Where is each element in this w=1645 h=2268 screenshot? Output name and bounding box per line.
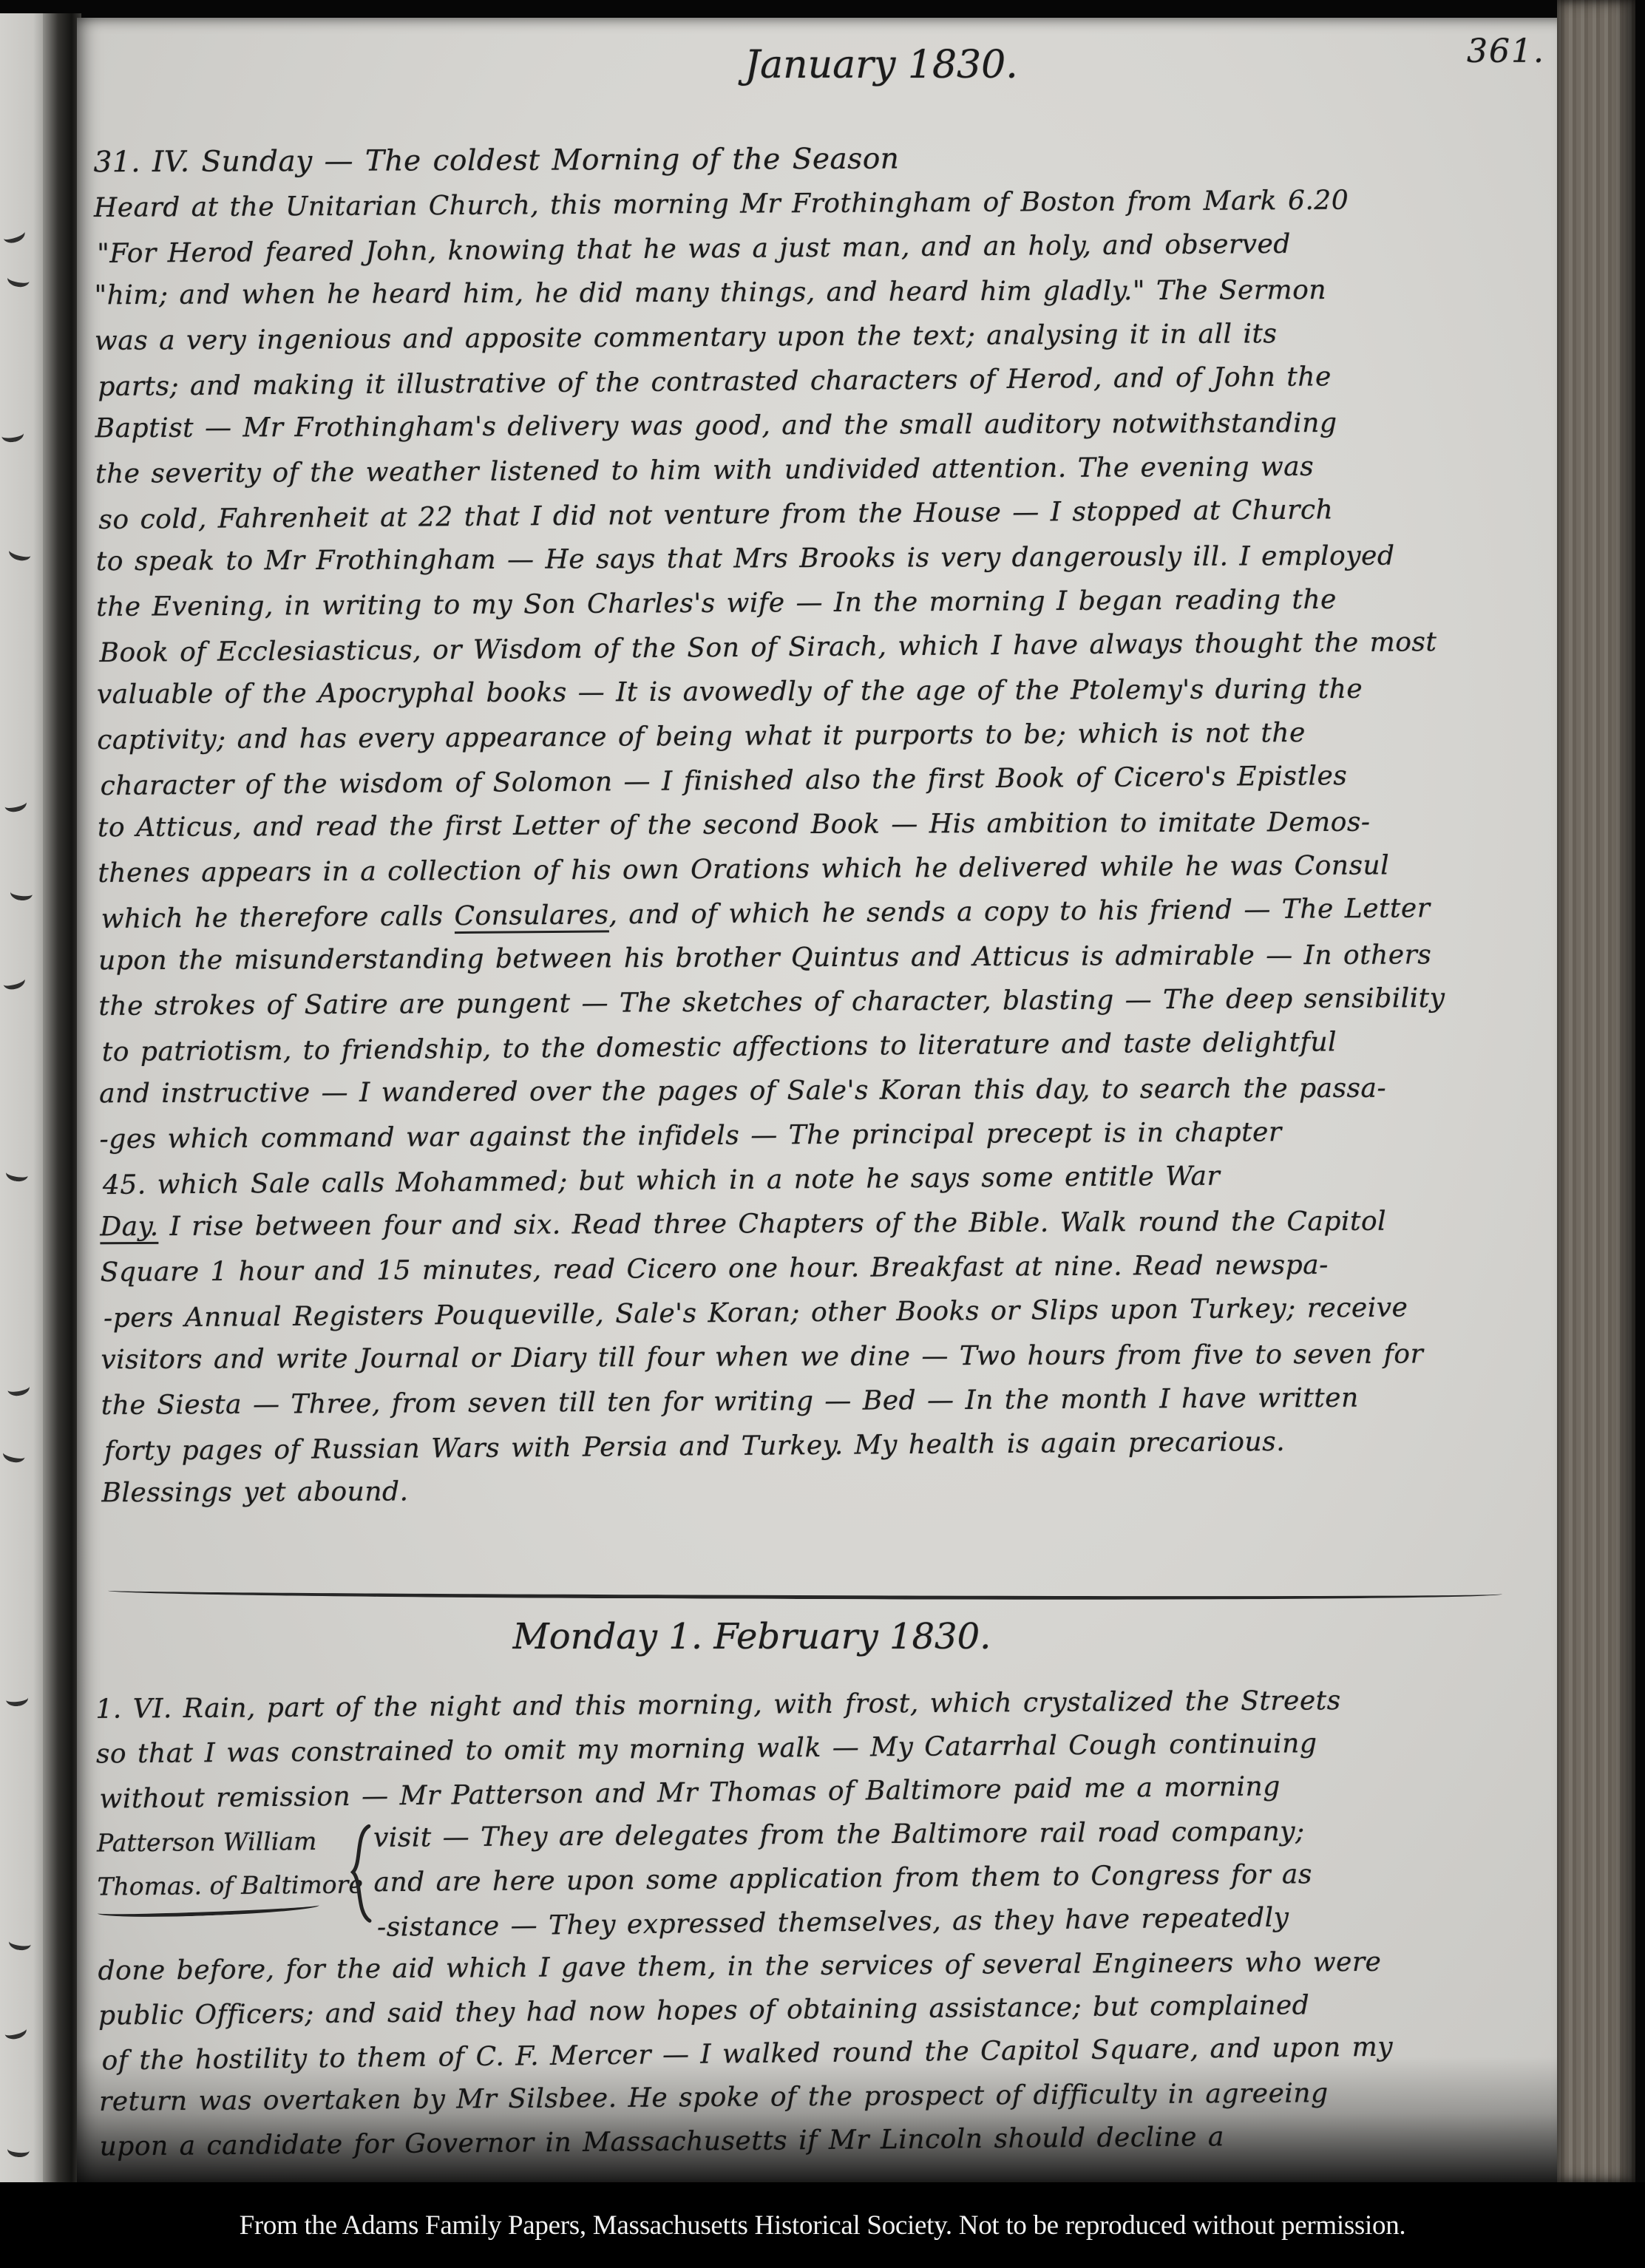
facing-page-ink-fragment xyxy=(3,795,28,814)
entry-january-31-lines: 31. IV. Sunday — The coldest Morning of … xyxy=(93,133,1547,1517)
entry-february-1-bracketed-lines: visit — They are delegates from the Balt… xyxy=(373,1807,1544,1948)
facing-page-ink-fragment xyxy=(8,1934,32,1952)
margin-note: Patterson William xyxy=(97,1819,349,1865)
manuscript-line: to speak to Mr Frothingham — He says tha… xyxy=(96,534,1542,585)
scanned-diary-photograph: 361. January 1830. 31. IV. Sunday — The … xyxy=(0,0,1645,2268)
manuscript-line: "him; and when he heard him, he did many… xyxy=(94,268,1540,319)
margin-note-row: Patterson WilliamThomas. of Baltimore vi… xyxy=(97,1807,1544,1950)
manuscript-line: visit — They are delegates from the Balt… xyxy=(373,1808,1543,1860)
entry-february-1-opening-lines: 1. VI. Rain, part of the night and this … xyxy=(95,1676,1542,1819)
credit-footer: From the Adams Family Papers, Massachuse… xyxy=(0,2182,1645,2268)
facing-page-ink-fragment xyxy=(7,2142,30,2159)
manuscript-line: Blessings yet abound. xyxy=(101,1465,1547,1516)
margin-brace-icon xyxy=(348,1821,374,1925)
facing-page-ink-fragment xyxy=(1,225,27,245)
entry-february-1: 1. VI. Rain, part of the night and this … xyxy=(95,1676,1546,2168)
margin-notes: Patterson WilliamThomas. of Baltimore xyxy=(97,1818,349,1917)
entry-february-1-closing-lines: done before, for the aid which I gave th… xyxy=(98,1938,1545,2168)
manuscript-line: valuable of the Apocryphal books — It is… xyxy=(97,667,1543,718)
facing-page-ink-fragment xyxy=(3,2022,28,2042)
margin-note-list: Patterson WilliamThomas. of Baltimore xyxy=(97,1819,349,1909)
facing-page-ink-fragment xyxy=(1,1445,27,1464)
facing-page-edge xyxy=(0,13,47,2182)
month-heading: January 1830. xyxy=(77,43,1560,87)
facing-page-ink-fragment xyxy=(6,1379,30,1398)
facing-page-ink-fragment xyxy=(5,1165,30,1183)
manuscript-line: visitors and write Journal or Diary till… xyxy=(101,1332,1547,1383)
facing-page-ink-fragment xyxy=(1,426,24,444)
margin-note: Thomas. of Baltimore xyxy=(97,1863,349,1909)
facing-page-ink-fragment xyxy=(5,1690,29,1707)
diary-page: 361. January 1830. 31. IV. Sunday — The … xyxy=(77,18,1560,2182)
manuscript-line: Baptist — Mr Frothingham's delivery was … xyxy=(95,401,1541,452)
entry-divider-rule xyxy=(108,1587,1502,1602)
facing-page-ink-fragment xyxy=(10,884,33,901)
manuscript-line: and instructive — I wandered over the pa… xyxy=(99,1066,1545,1117)
entry-heading-february-1: Monday 1. February 1830. xyxy=(10,1616,1493,1657)
book-gutter-shadow xyxy=(43,13,81,2184)
entry-january-31: 31. IV. Sunday — The coldest Morning of … xyxy=(93,133,1547,1517)
manuscript-line: to Atticus, and read the first Letter of… xyxy=(98,800,1544,851)
manuscript-line: 31. IV. Sunday — The coldest Morning of … xyxy=(93,135,1539,186)
manuscript-line: Day. I rise between four and six. Read t… xyxy=(100,1199,1546,1250)
credit-text: From the Adams Family Papers, Massachuse… xyxy=(240,2210,1406,2241)
facing-page-ink-fragment xyxy=(6,271,30,289)
facing-page-ink-fragment xyxy=(1,971,27,991)
manuscript-line: upon the misunderstanding between his br… xyxy=(98,933,1544,984)
facing-page-ink-fragment xyxy=(7,543,33,563)
book-fore-edge xyxy=(1557,0,1635,2182)
